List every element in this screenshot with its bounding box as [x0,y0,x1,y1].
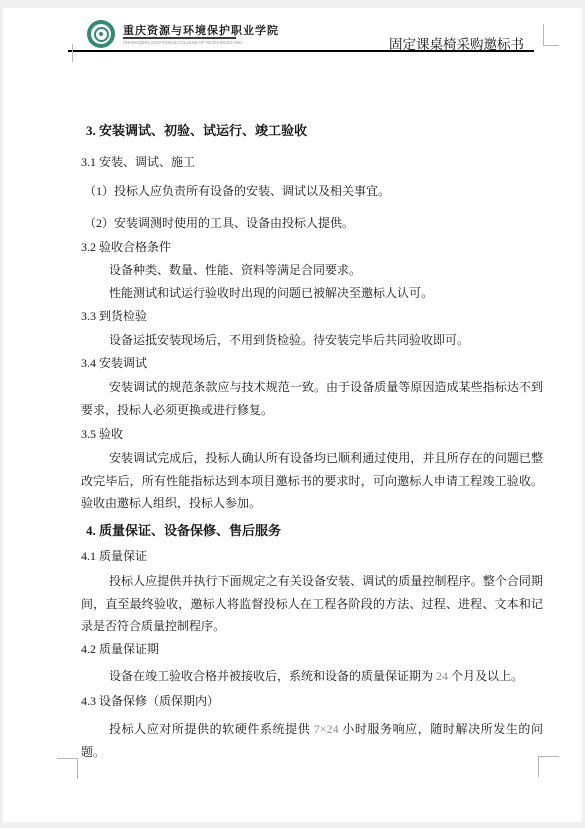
clause-3-1-heading: 3.1 安装、调试、施工 [81,151,543,174]
crop-mark-bottom-left-vertical [77,758,78,779]
clause-3-3-heading: 3.3 到货检验 [81,305,543,328]
crop-mark-top-right-vertical [543,24,544,46]
paragraph-text: 设备在竣工验收合格并被接收后，系统和设备的质量保证期为 [109,669,436,683]
college-name-underline [123,37,236,39]
paragraph: 性能测试和试运行验收时出现的问题已被解决至邀标人认可。 [81,282,543,305]
header-bottom-rule [68,50,534,52]
document-page-view: { "header": { "org_cn": "重庆资源与环境保护职业学院",… [0,0,585,828]
section-heading-4: 4. 质量保证、设备保修、售后服务 [81,520,543,543]
paragraph: 设备运抵安装现场后，不用到货检验。待安装完毕后共同验收即可。 [81,329,543,352]
paragraph: 安装调试完成后，投标人确认所有设备均已顺利通过使用，并且所存在的问题已整改完毕后… [81,447,543,515]
crop-mark-top-right-horizontal [543,45,559,46]
paragraph-text: 投标人应对所提供的软硬件系统提供 [109,722,314,736]
document-page: 重庆资源与环境保护职业学院 CHONGQING VOCATIONAL COLLE… [3,8,582,822]
paragraph: （2）安装调测时使用的工具、设备由投标人提供。 [81,212,543,235]
paragraph: 设备在竣工验收合格并被接收后，系统和设备的质量保证期为 24 个月及以上。 [81,665,543,688]
clause-4-1-heading: 4.1 质量保证 [81,545,543,568]
paragraph: 投标人应提供并执行下面规定之有关设备安装、调试的质量控制程序。整个合同期间，直至… [81,570,543,638]
service-hours-value: 7×24 [314,722,339,736]
paragraph: 设备种类、数量、性能、资料等满足合同要求。 [81,259,543,282]
warranty-months-value: 24 [436,669,448,683]
clause-3-5-heading: 3.5 验收 [81,423,543,446]
clause-3-4-heading: 3.4 安装调试 [81,352,543,375]
college-logo-emblem [94,27,109,42]
college-name-cn: 重庆资源与环境保护职业学院 [123,22,279,38]
crop-mark-top-left [72,44,73,62]
paragraph: （1）投标人应负责所有设备的安装、调试以及相关事宜。 [81,180,543,203]
paragraph: 安装调试的规范条款应与技术规范一致。由于设备质量等原因造成某些指标达不到要求，投… [81,376,543,421]
clause-3-2-heading: 3.2 验收合格条件 [81,236,543,259]
college-name-en: CHONGQING VOCATIONAL COLLEGE OF RESOURCE… [123,40,243,45]
college-logo-dot [99,32,103,36]
crop-mark-bottom-left-horizontal [57,758,78,759]
paragraph-text: 个月及以上。 [448,669,523,683]
document-body: 3. 安装调试、初验、试运行、竣工验收 3.1 安装、调试、施工 （1）投标人应… [81,120,543,763]
college-logo-icon [87,20,115,48]
college-logo-inner-ring [91,24,111,44]
section-heading-3: 3. 安装调试、初验、试运行、竣工验收 [81,120,543,143]
paragraph: 投标人应对所提供的软硬件系统提供 7×24 小时服务响应，随时解决所发生的问题。 [81,718,543,763]
clause-4-3-heading: 4.3 设备保修（质保期内） [81,690,543,713]
clause-4-2-heading: 4.2 质量保证期 [81,638,543,661]
